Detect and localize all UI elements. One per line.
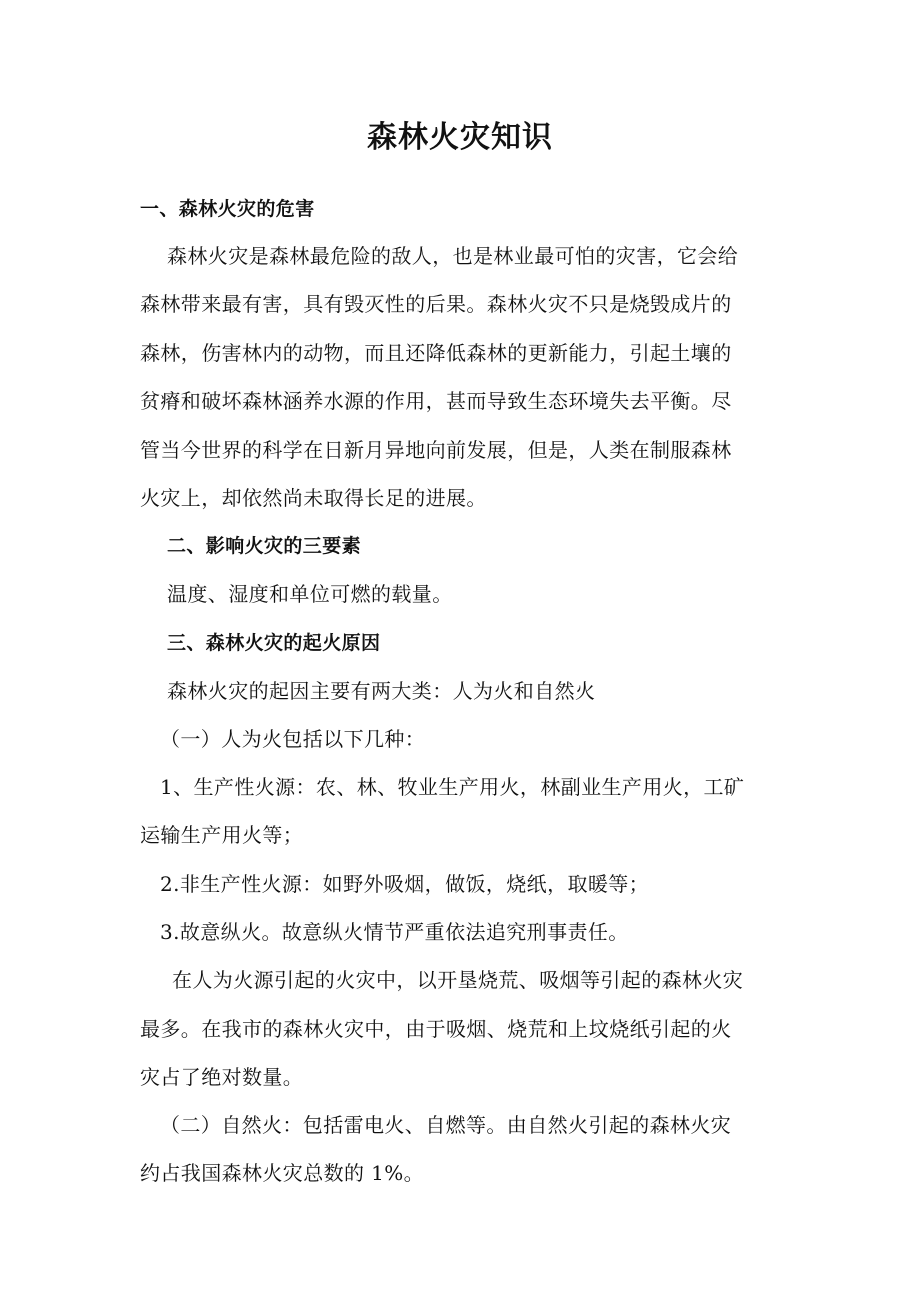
paragraph-line: 约占我国森林火灾总数的 1%。 bbox=[140, 1160, 424, 1186]
subheading-human-fire: （一）人为火包括以下几种： bbox=[160, 726, 425, 752]
section-heading-three-factors: 二、影响火灾的三要素 bbox=[167, 533, 361, 559]
paragraph-line: 灾占了绝对数量。 bbox=[140, 1064, 303, 1090]
section-heading-fire-causes: 三、森林火灾的起火原因 bbox=[167, 630, 380, 656]
subheading-natural-fire: （二）自然火：包括雷电火、自燃等。由自然火引起的森林火灾 bbox=[160, 1112, 731, 1138]
list-item-1: 1、生产性火源：农、林、牧业生产用火，林副业生产用火，工矿 bbox=[160, 774, 744, 800]
paragraph-line: 森林火灾的起因主要有两大类：人为火和自然火 bbox=[167, 678, 595, 704]
paragraph-line: 森林带来最有害，具有毁灭性的后果。森林火灾不只是烧毁成片的 bbox=[140, 291, 732, 317]
paragraph-line: 最多。在我市的森林火灾中，由于吸烟、烧荒和上坟烧纸引起的火 bbox=[140, 1016, 732, 1042]
paragraph-line: 森林火灾是森林最危险的敌人，也是林业最可怕的灾害，它会给 bbox=[167, 243, 738, 269]
paragraph-line: 在人为火源引起的火灾中，以开垦烧荒、吸烟等引起的森林火灾 bbox=[172, 967, 743, 993]
document-page: 森林火灾知识 一、森林火灾的危害 森林火灾是森林最危险的敌人，也是林业最可怕的灾… bbox=[0, 0, 920, 1302]
document-title: 森林火灾知识 bbox=[0, 118, 920, 158]
paragraph-line: 管当今世界的科学在日新月异地向前发展，但是，人类在制服森林 bbox=[140, 437, 732, 463]
list-item-3: 3.故意纵火。故意纵火情节严重依法追究刑事责任。 bbox=[160, 919, 629, 945]
paragraph-line: 火灾上，却依然尚未取得长足的进展。 bbox=[140, 485, 487, 511]
paragraph-line: 贫瘠和破坏森林涵养水源的作用，甚而导致生态环境失去平衡。尽 bbox=[140, 388, 732, 414]
list-item-2: 2.非生产性火源：如野外吸烟，做饭，烧纸，取暖等； bbox=[160, 871, 649, 897]
section-heading-hazards: 一、森林火灾的危害 bbox=[140, 196, 315, 222]
list-item-1-cont: 运输生产用火等； bbox=[140, 822, 303, 848]
paragraph-line: 温度、湿度和单位可燃的载量。 bbox=[167, 581, 453, 607]
paragraph-line: 森林，伤害林内的动物，而且还降低森林的更新能力，引起土壤的 bbox=[140, 340, 732, 366]
